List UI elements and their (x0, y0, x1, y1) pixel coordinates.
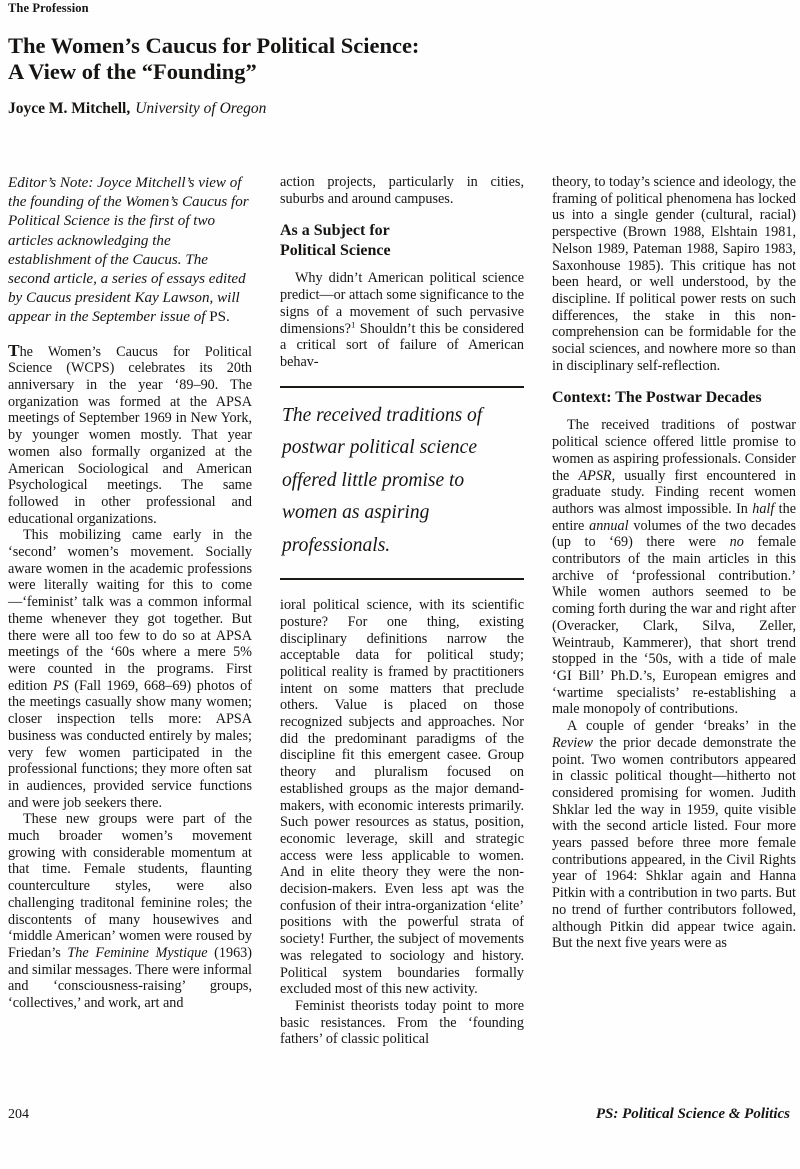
paragraph: Why didn’t American political science pr… (280, 270, 524, 370)
column-1: Editor’s Note: Joyce Mitchell’s view of … (8, 174, 252, 1048)
paragraph: action projects, particularly in cities,… (280, 174, 524, 207)
journal-page: The Profession The Women’s Caucus for Po… (0, 0, 800, 1169)
section-kicker: The Profession (8, 1, 89, 16)
section-heading: Context: The Postwar Decades (552, 388, 796, 408)
paragraph: These new groups were part of the much b… (8, 811, 252, 1011)
page-number: 204 (8, 1107, 29, 1123)
paragraph: This mobilizing came early in the ‘secon… (8, 527, 252, 811)
paragraph: Feminist theorists today point to more b… (280, 998, 524, 1048)
section-heading: As a Subject for Political Science (280, 221, 524, 261)
paragraph: theory, to today’s science and ideology,… (552, 174, 796, 374)
page-footer: 204 PS: Political Science & Politics (8, 1106, 790, 1123)
paragraph: The Women’s Caucus for Political Science… (8, 343, 252, 528)
pull-quote: The received traditions of postwar polit… (280, 386, 524, 581)
paragraph: ioral political science, with its scient… (280, 597, 524, 998)
article-title-line2: A View of the “Founding” (8, 59, 257, 84)
journal-title: PS: Political Science & Politics (596, 1106, 790, 1123)
paragraph: A couple of gender ‘breaks’ in the Revie… (552, 718, 796, 952)
byline: Joyce M. Mitchell,University of Oregon (8, 100, 266, 118)
column-3: theory, to today’s science and ideology,… (552, 174, 796, 1048)
author-affiliation: University of Oregon (135, 100, 266, 117)
article-title-line1: The Women’s Caucus for Political Science… (8, 33, 419, 58)
author-name: Joyce M. Mitchell, (8, 100, 130, 117)
article-title: The Women’s Caucus for Political Science… (8, 33, 419, 85)
article-body: Editor’s Note: Joyce Mitchell’s view of … (8, 174, 796, 1048)
column-2: action projects, particularly in cities,… (280, 174, 524, 1048)
paragraph: The received traditions of postwar polit… (552, 417, 796, 718)
editor-note: Editor’s Note: Joyce Mitchell’s view of … (8, 174, 252, 328)
